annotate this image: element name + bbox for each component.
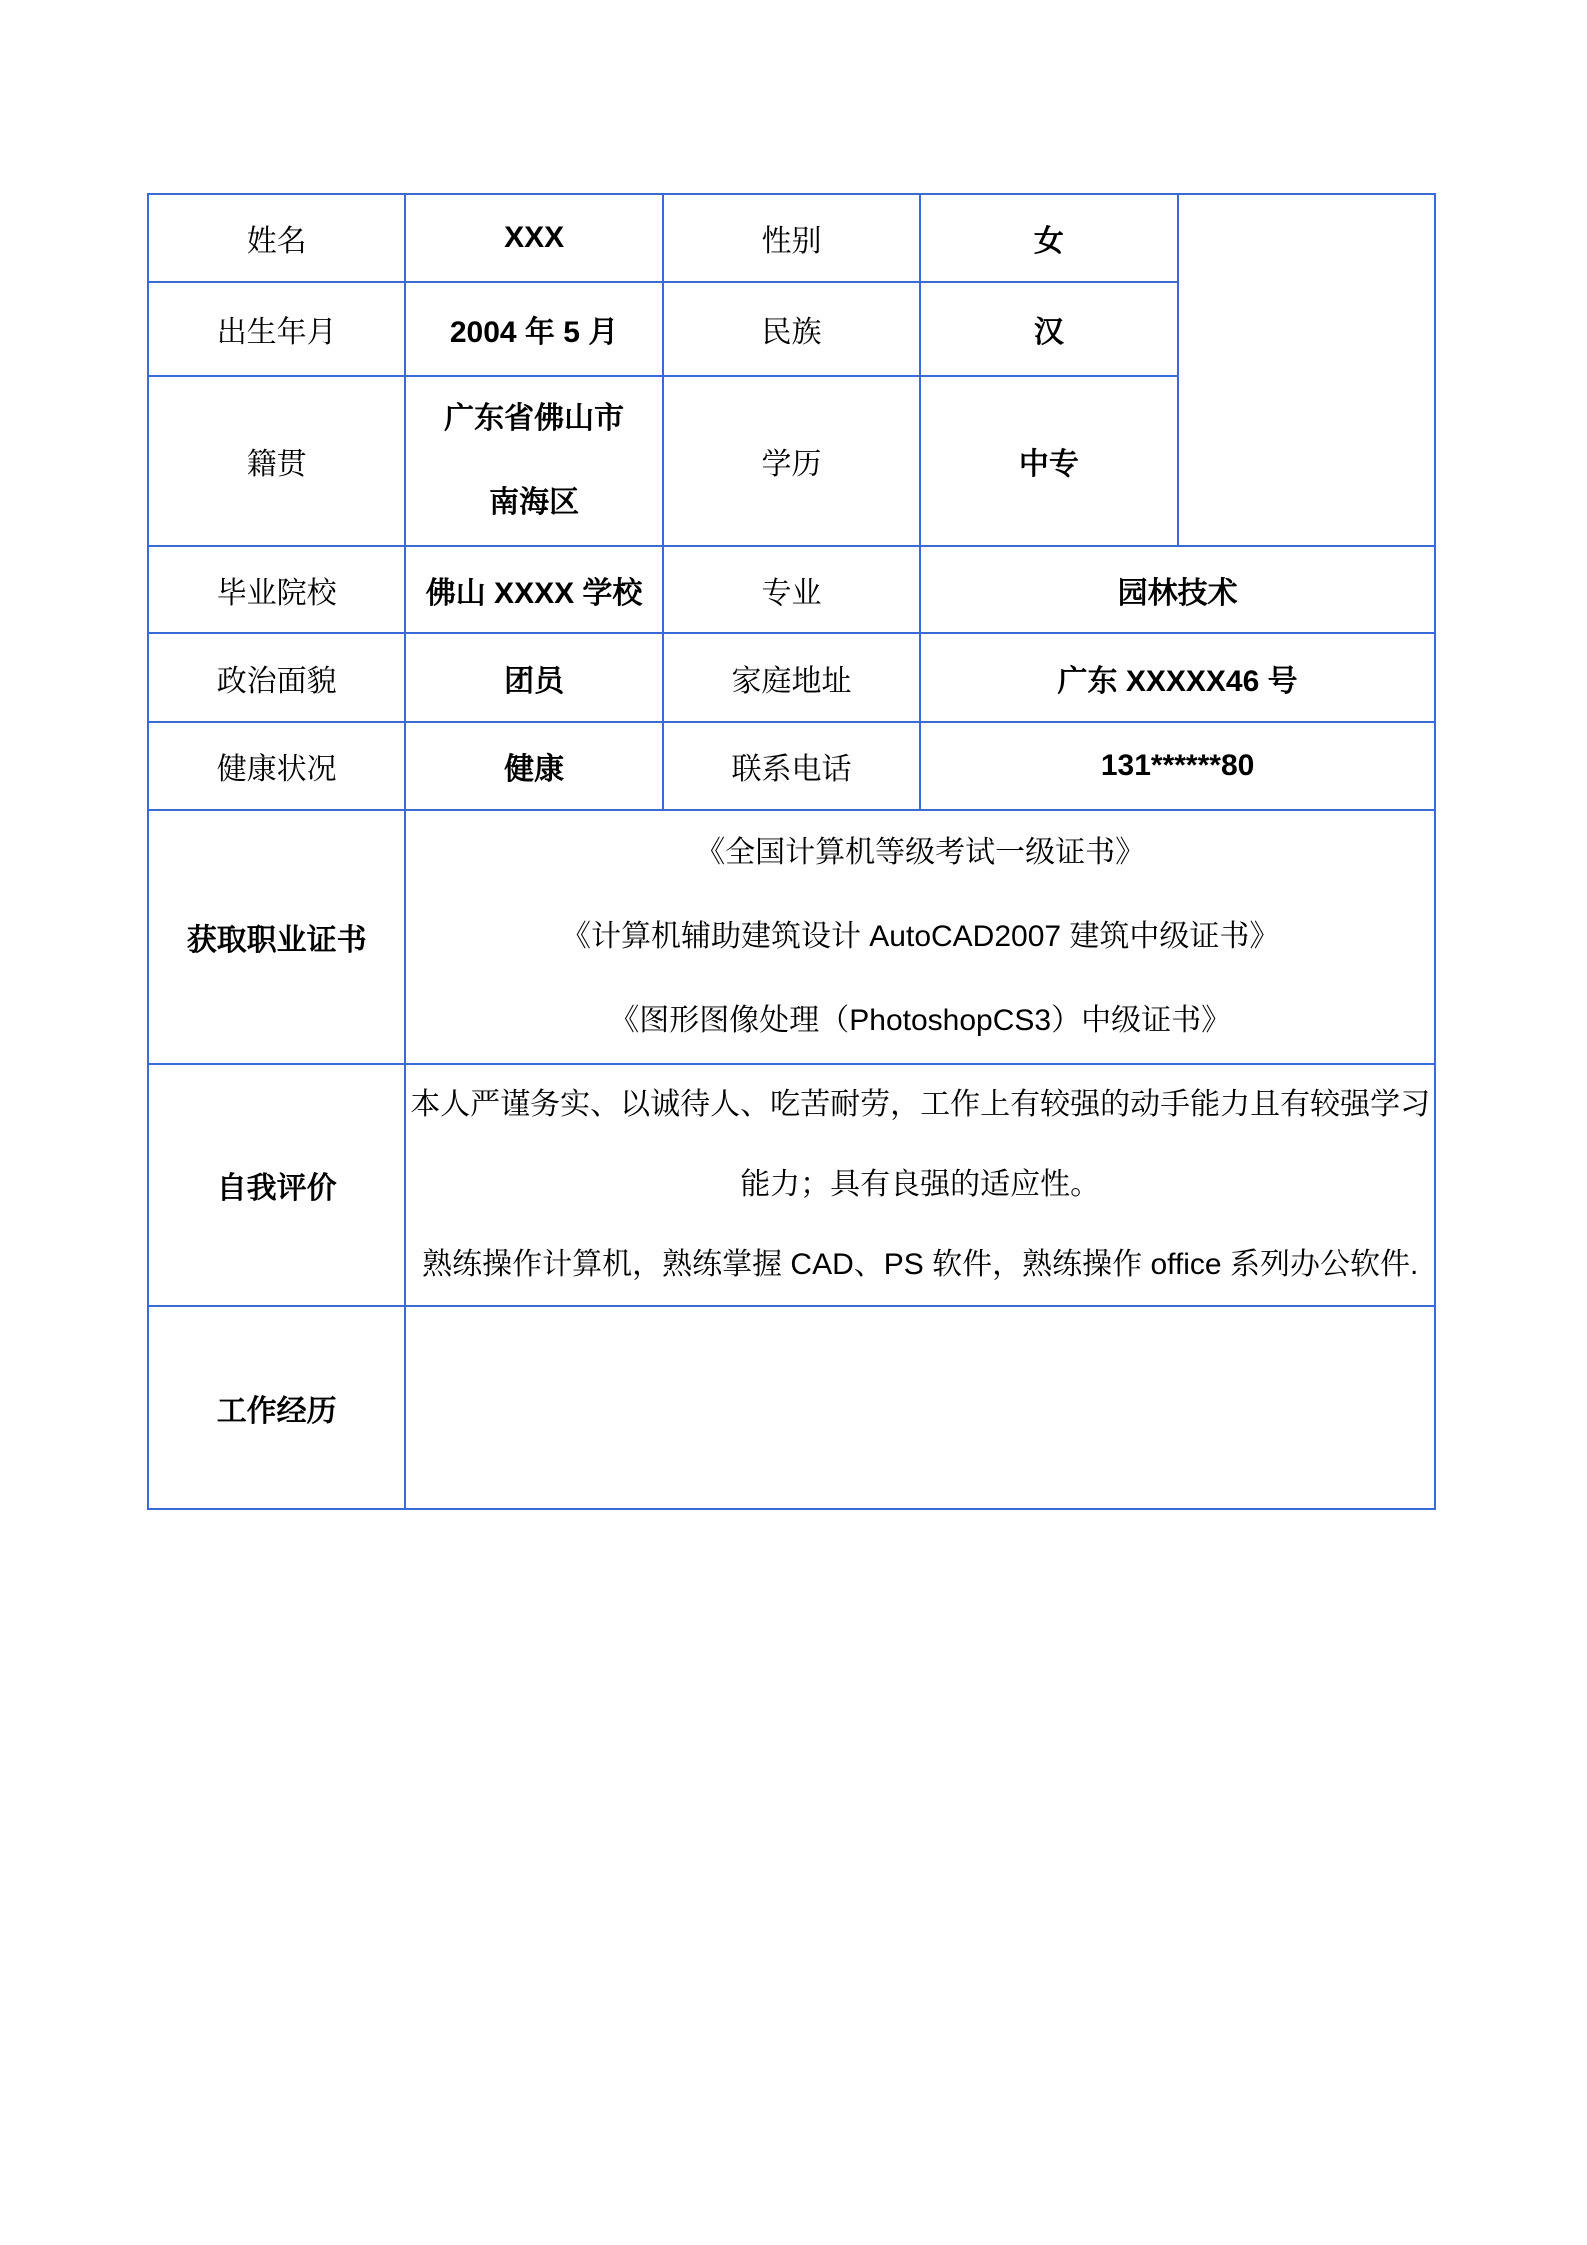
name-label: 姓名 (148, 194, 405, 282)
education-label: 学历 (663, 376, 920, 546)
ethnicity-label: 民族 (663, 282, 920, 376)
health-label: 健康状况 (148, 722, 405, 810)
table-row: 获取职业证书 《全国计算机等级考试一级证书》 《计算机辅助建筑设计 AutoCA… (148, 810, 1435, 1064)
self-evaluation-line: 熟练操作计算机，熟练掌握 CAD、PS 软件，熟练操作 office 系列办公软… (406, 1225, 1434, 1305)
name-value: XXX (405, 194, 662, 282)
major-label: 专业 (663, 546, 920, 633)
native-place-value: 广东省佛山市 南海区 (405, 376, 662, 546)
home-address-label: 家庭地址 (663, 633, 920, 722)
certificate-item: 《全国计算机等级考试一级证书》 (406, 811, 1434, 895)
birthdate-value: 2004 年 5 月 (405, 282, 662, 376)
resume-page: 姓名 XXX 性别 女 出生年月 2004 年 5 月 民族 汉 籍贯 广东省佛… (0, 0, 1587, 2245)
native-place-label: 籍贯 (148, 376, 405, 546)
table-row: 健康状况 健康 联系电话 131******80 (148, 722, 1435, 810)
certificates-content: 《全国计算机等级考试一级证书》 《计算机辅助建筑设计 AutoCAD2007 建… (405, 810, 1435, 1064)
birthdate-label: 出生年月 (148, 282, 405, 376)
political-status-label: 政治面貌 (148, 633, 405, 722)
major-value: 园林技术 (920, 546, 1435, 633)
self-evaluation-label: 自我评价 (148, 1064, 405, 1306)
table-row: 毕业院校 佛山 XXXX 学校 专业 园林技术 (148, 546, 1435, 633)
certificates-label: 获取职业证书 (148, 810, 405, 1064)
phone-value: 131******80 (920, 722, 1435, 810)
table-row: 政治面貌 团员 家庭地址 广东 XXXXX46 号 (148, 633, 1435, 722)
self-evaluation-line: 本人严谨务实、以诚待人、吃苦耐劳，工作上有较强的动手能力且有较强学习 (406, 1065, 1434, 1145)
self-evaluation-content: 本人严谨务实、以诚待人、吃苦耐劳，工作上有较强的动手能力且有较强学习 能力；具有… (405, 1064, 1435, 1306)
native-place-line1: 广东省佛山市 (406, 377, 661, 461)
home-address-value: 广东 XXXXX46 号 (920, 633, 1435, 722)
table-row: 自我评价 本人严谨务实、以诚待人、吃苦耐劳，工作上有较强的动手能力且有较强学习 … (148, 1064, 1435, 1306)
ethnicity-value: 汉 (920, 282, 1177, 376)
photo-cell (1178, 194, 1435, 546)
native-place-line2: 南海区 (406, 461, 661, 545)
work-experience-content (405, 1306, 1435, 1509)
table-row: 工作经历 (148, 1306, 1435, 1509)
political-status-value: 团员 (405, 633, 662, 722)
work-experience-label: 工作经历 (148, 1306, 405, 1509)
school-label: 毕业院校 (148, 546, 405, 633)
table-row: 姓名 XXX 性别 女 (148, 194, 1435, 282)
gender-label: 性别 (663, 194, 920, 282)
gender-value: 女 (920, 194, 1177, 282)
education-value: 中专 (920, 376, 1177, 546)
resume-table: 姓名 XXX 性别 女 出生年月 2004 年 5 月 民族 汉 籍贯 广东省佛… (147, 193, 1436, 1510)
certificate-item: 《图形图像处理（PhotoshopCS3）中级证书》 (406, 979, 1434, 1063)
certificate-item: 《计算机辅助建筑设计 AutoCAD2007 建筑中级证书》 (406, 895, 1434, 979)
phone-label: 联系电话 (663, 722, 920, 810)
self-evaluation-line: 能力；具有良强的适应性。 (406, 1145, 1434, 1225)
school-value: 佛山 XXXX 学校 (405, 546, 662, 633)
health-value: 健康 (405, 722, 662, 810)
